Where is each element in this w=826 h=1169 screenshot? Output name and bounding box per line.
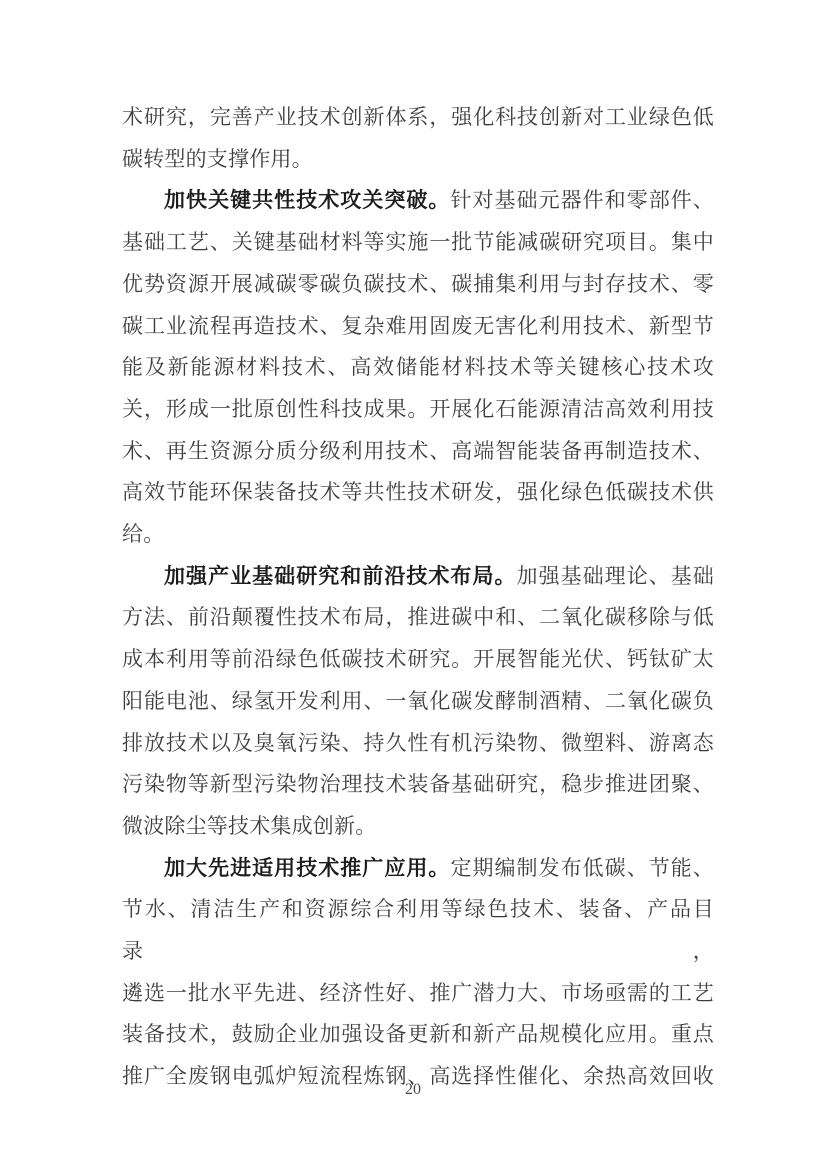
text-run: 微波除尘等技术集成创新。 [122, 814, 376, 838]
text-run: 装备技术，鼓励企业加强设备更新和新产品规模化应用。重点 [122, 1022, 714, 1046]
text-run: 加强基础理论、基础 [517, 564, 714, 588]
text-line: 加快关键共性技术攻关突破。针对基础元器件和零部件、 [122, 180, 714, 222]
text-line: 装备技术，鼓励企业加强设备更新和新产品规模化应用。重点 [122, 1014, 714, 1056]
text-run: 阳能电池、绿氢开发利用、一氧化碳发酵制酒精、二氧化碳负 [122, 689, 714, 713]
text-run: 碳转型的支撑作用。 [122, 147, 313, 171]
text-line: 能及新能源材料技术、高效储能材料技术等关键核心技术攻 [122, 347, 714, 389]
text-line: 污染物等新型污染物治理技术装备基础研究，稳步推进团聚、 [122, 764, 714, 806]
text-line: 方法、前沿颠覆性技术布局，推进碳中和、二氧化碳移除与低 [122, 597, 714, 639]
text-line: 术研究，完善产业技术创新体系，强化科技创新对工业绿色低 [122, 97, 714, 139]
text-line: 微波除尘等技术集成创新。 [122, 806, 714, 848]
text-run: 节水、清洁生产和资源综合利用等绿色技术、装备、产品目录， [122, 897, 714, 963]
text-run: 方法、前沿颠覆性技术布局，推进碳中和、二氧化碳移除与低 [122, 605, 714, 629]
text-line: 成本利用等前沿绿色低碳技术研究。开展智能光伏、钙钛矿太 [122, 639, 714, 681]
text-run: 关，形成一批原创性科技成果。开展化石能源清洁高效利用技 [122, 397, 714, 421]
text-line: 给。 [122, 514, 714, 556]
text-line: 排放技术以及臭氧污染、持久性有机污染物、微塑料、游离态 [122, 723, 714, 765]
text-run: 定期编制发布低碳、节能、 [450, 856, 714, 880]
text-line: 遴选一批水平先进、经济性好、推广潜力大、市场亟需的工艺 [122, 973, 714, 1015]
text-line: 术、再生资源分质分级利用技术、高端智能装备再制造技术、 [122, 431, 714, 473]
text-line: 碳工业流程再造技术、复杂难用固废无害化利用技术、新型节 [122, 306, 714, 348]
text-run: 成本利用等前沿绿色低碳技术研究。开展智能光伏、钙钛矿太 [122, 647, 714, 671]
text-run: 基础工艺、关键基础材料等实施一批节能减碳研究项目。集中 [122, 230, 714, 254]
text-run: 术、再生资源分质分级利用技术、高端智能装备再制造技术、 [122, 439, 714, 463]
page-number: 20 [0, 1081, 826, 1099]
text-line: 节水、清洁生产和资源综合利用等绿色技术、装备、产品目录， [122, 889, 714, 972]
text-run: 排放技术以及臭氧污染、持久性有机污染物、微塑料、游离态 [122, 731, 714, 755]
text-run: 遴选一批水平先进、经济性好、推广潜力大、市场亟需的工艺 [122, 981, 714, 1005]
text-line: 关，形成一批原创性科技成果。开展化石能源清洁高效利用技 [122, 389, 714, 431]
text-run: 针对基础元器件和零部件、 [450, 188, 714, 212]
text-run: 给。 [122, 522, 164, 546]
text-run: 优势资源开展减碳零碳负碳技术、碳捕集利用与封存技术、零 [122, 272, 714, 296]
text-run: 污染物等新型污染物治理技术装备基础研究，稳步推进团聚、 [122, 772, 714, 796]
text-line: 加强产业基础研究和前沿技术布局。加强基础理论、基础 [122, 556, 714, 598]
text-line: 碳转型的支撑作用。 [122, 139, 714, 181]
text-run: 碳工业流程再造技术、复杂难用固废无害化利用技术、新型节 [122, 314, 714, 338]
text-run: 高效节能环保装备技术等共性技术研发，强化绿色低碳技术供 [122, 480, 714, 504]
text-line: 加大先进适用技术推广应用。定期编制发布低碳、节能、 [122, 848, 714, 890]
text-run: 术研究，完善产业技术创新体系，强化科技创新对工业绿色低 [122, 105, 714, 129]
paragraph-bold-lead: 加快关键共性技术攻关突破。 [164, 188, 450, 212]
paragraph-bold-lead: 加强产业基础研究和前沿技术布局。 [164, 564, 517, 588]
document-page: 术研究，完善产业技术创新体系，强化科技创新对工业绿色低碳转型的支撑作用。加快关键… [0, 0, 826, 1169]
page-body: 术研究，完善产业技术创新体系，强化科技创新对工业绿色低碳转型的支撑作用。加快关键… [122, 97, 714, 1098]
text-run: 能及新能源材料技术、高效储能材料技术等关键核心技术攻 [122, 355, 714, 379]
text-line: 优势资源开展减碳零碳负碳技术、碳捕集利用与封存技术、零 [122, 264, 714, 306]
text-line: 基础工艺、关键基础材料等实施一批节能减碳研究项目。集中 [122, 222, 714, 264]
paragraph-bold-lead: 加大先进适用技术推广应用。 [164, 856, 450, 880]
text-line: 高效节能环保装备技术等共性技术研发，强化绿色低碳技术供 [122, 472, 714, 514]
text-line: 阳能电池、绿氢开发利用、一氧化碳发酵制酒精、二氧化碳负 [122, 681, 714, 723]
